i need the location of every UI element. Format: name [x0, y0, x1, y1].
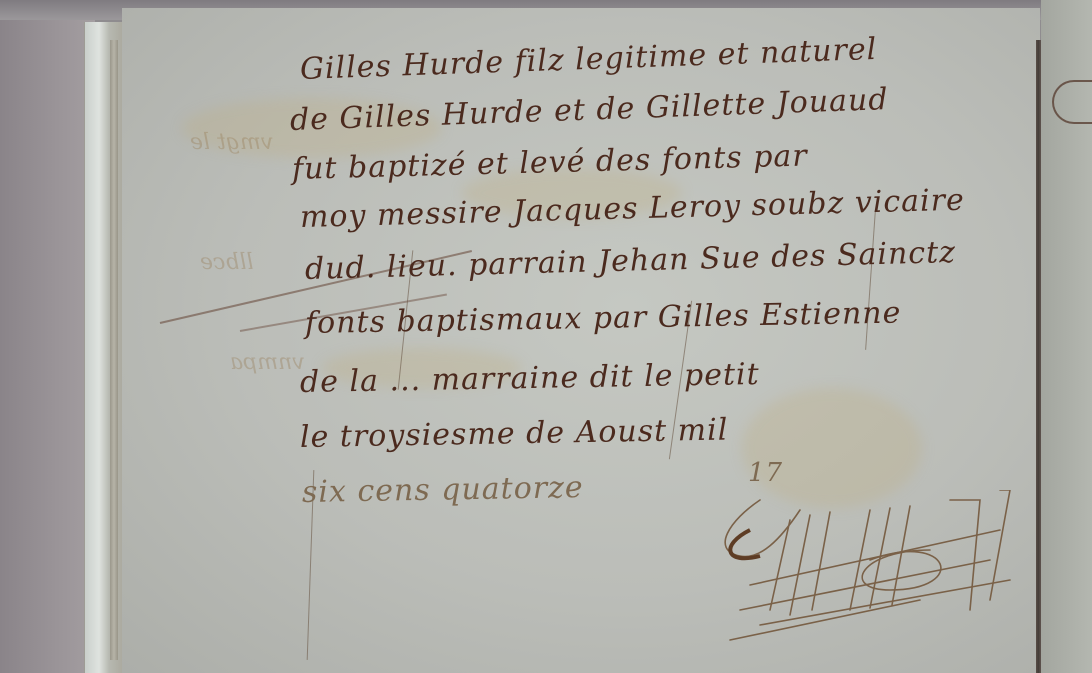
- signature-paraph: Jacques Leroy: [720, 490, 1030, 650]
- binding-strip: [84, 22, 125, 673]
- binding-crease: [110, 40, 118, 660]
- adjacent-page-ink: [1052, 80, 1092, 124]
- signature-icon: [720, 490, 1030, 650]
- bleed-through-text: vmgt le: [190, 130, 273, 155]
- register-line-9: six cens quatorze: [302, 470, 584, 510]
- register-line-8: le troysiesme de Aoust mil: [300, 413, 729, 455]
- book-cover-left: [0, 0, 95, 673]
- bleed-through-text: llbce: [200, 250, 254, 275]
- bleed-through-text: vnmpa: [230, 350, 305, 375]
- register-line-10: 17: [748, 458, 783, 488]
